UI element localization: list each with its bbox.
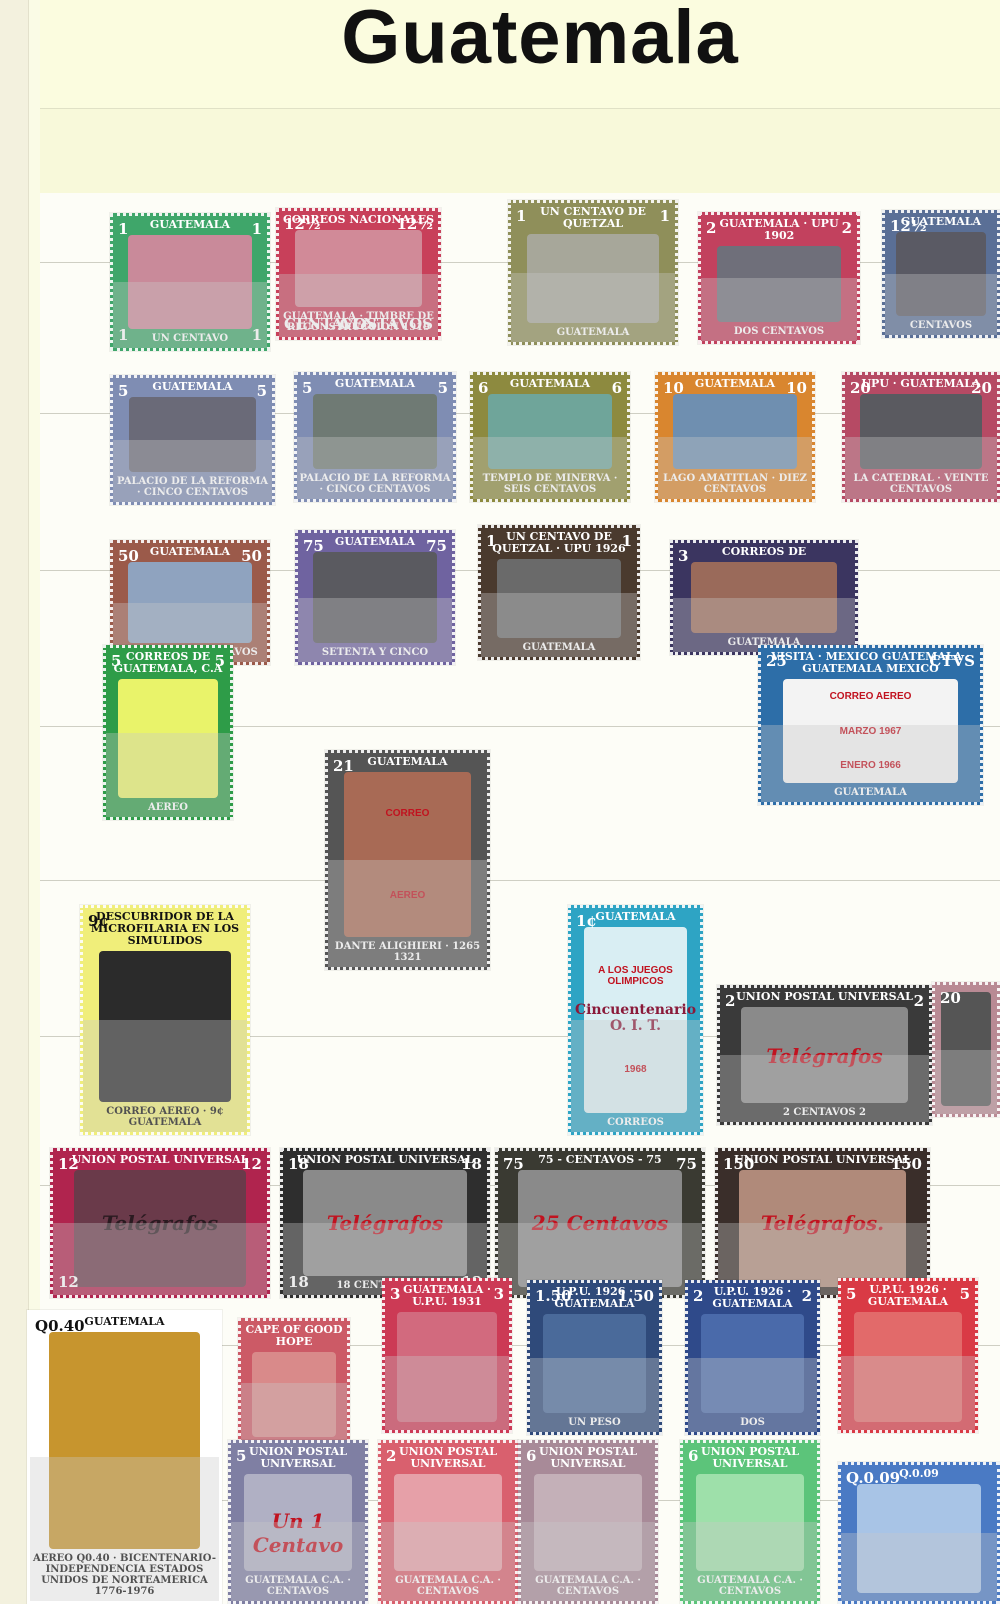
stamp-denomination: 10 — [663, 379, 684, 397]
stamp-denomination: 10 — [786, 379, 807, 397]
stamp-denomination: 20 — [971, 379, 992, 397]
glassine-strip-glare — [935, 1050, 997, 1115]
stamp-s8: GUATEMALATEMPLO DE MINERVA · SEIS CENTAV… — [470, 372, 630, 502]
stamp-s7: GUATEMALAPALACIO DE LA REFORMA · CINCO C… — [294, 372, 456, 502]
stamp-top-text: UN CENTAVO DE QUETZAL — [511, 203, 675, 230]
stamp-top-text — [964, 985, 968, 988]
stamp-top-text: UPU · GUATEMALA — [859, 375, 982, 390]
stamp-top-text: Q.0.09 — [897, 1465, 941, 1480]
stamp-top-text: GUATEMALA — [333, 533, 417, 548]
stamp-top-text: UNION POSTAL UNIVERSAL — [295, 1151, 476, 1166]
glassine-strip-glare — [297, 437, 453, 499]
page-title: Guatemala — [40, 0, 1000, 81]
stamp-top-text: U.P.U. 1926 · GUATEMALA — [688, 1283, 817, 1310]
stamp-denomination: 2 — [802, 1287, 812, 1305]
stamp-denomination: 12½ — [284, 215, 321, 233]
stamp-s19: GUATEMALAA LOS JUEGOS OLIMPICOS1968CORRE… — [568, 905, 703, 1135]
stamp-denomination: 9¢ — [88, 912, 109, 930]
stamp-denomination: 5 — [302, 379, 312, 397]
glassine-strip-glare — [701, 278, 857, 341]
glassine-strip-glare — [106, 733, 230, 818]
stamp-denomination: 12½ — [396, 215, 433, 233]
stamp-subtext: A LOS JUEGOS OLIMPICOS — [584, 965, 687, 987]
stamp-top-text: UNION POSTAL UNIVERSAL — [70, 1151, 251, 1166]
stockbook-strip — [40, 880, 1000, 881]
stamp-s16: VISITA · MEXICO GUATEMALA · GUATEMALA ME… — [758, 645, 983, 805]
stamp-denomination: 5 — [960, 1285, 970, 1303]
stamp-s14: CORREOS DEGUATEMALA3 — [670, 540, 858, 655]
stamp-top-text: GUATEMALA — [333, 375, 417, 390]
stamp-s15: CORREOS DE GUATEMALA, C.AAEREO55 — [103, 645, 233, 820]
glassine-strip-glare — [841, 1533, 997, 1601]
glassine-strip-glare — [279, 274, 438, 337]
stamp-denomination: 5 — [846, 1285, 856, 1303]
stamp-denomination: 5 — [215, 652, 225, 670]
stamp-denomination: 50 — [241, 547, 262, 565]
stamp-s34: UNION POSTAL UNIVERSALGUATEMALA C.A. · C… — [518, 1440, 658, 1604]
stamp-s25: UNION POSTAL UNIVERSAL150150Telégrafos. — [715, 1148, 930, 1298]
stamp-denomination: 5 — [438, 379, 448, 397]
stamp-denomination: 1¢ — [576, 912, 597, 930]
glassine-strip-glare — [511, 273, 675, 343]
glassine-strip-glare — [231, 1522, 365, 1601]
glassine-strip-glare — [841, 1356, 975, 1431]
stamp-s12: GUATEMALASETENTA Y CINCO7575 — [295, 530, 455, 665]
stamp-denomination: 75 — [503, 1155, 524, 1173]
stamp-top-text: 75 - CENTAVOS - 75 — [536, 1151, 663, 1166]
page-header: Guatemala — [40, 0, 1000, 108]
stamp-s27: CAPE OF GOOD HOPE — [238, 1318, 350, 1448]
stamp-denomination: 1 — [486, 532, 496, 550]
stamp-top-text: GUATEMALA · UPU 1902 — [701, 215, 857, 242]
stamp-s9: GUATEMALALAGO AMATITLAN · DIEZ CENTAVOS1… — [655, 372, 815, 502]
stamp-top-text: U.P.U. 1926 · GUATEMALA — [841, 1281, 975, 1308]
stamp-s20: UNION POSTAL UNIVERSAL2 CENTAVOS 222Telé… — [717, 985, 932, 1125]
stamp-denomination: 2 — [725, 992, 735, 1010]
stamp-top-text: UNION POSTAL UNIVERSAL — [231, 1443, 365, 1470]
stamp-denomination: 1.50 — [617, 1287, 654, 1305]
stamp-subtext: CORREO — [386, 808, 430, 819]
stamp-s33: UNION POSTAL UNIVERSALGUATEMALA C.A. · C… — [378, 1440, 518, 1604]
glassine-strip-glare — [688, 1358, 817, 1433]
glassine-strip-glare — [381, 1522, 515, 1601]
album-binding-edge — [0, 0, 29, 1604]
stamp-denomination: 1 — [516, 207, 526, 225]
stamp-s32: UNION POSTAL UNIVERSALGUATEMALA C.A. · C… — [228, 1440, 368, 1604]
stamp-top-text: GUATEMALA — [508, 375, 592, 390]
stamp-s18: DESCUBRIDOR DE LA MICROFILARIA EN LOS SI… — [80, 905, 250, 1135]
stamp-denomination: Q0.40 — [35, 1317, 85, 1335]
glassine-strip-glare — [521, 1522, 655, 1601]
stamp-top-text: GUATEMALA — [150, 378, 234, 393]
stamp-denomination: 2 — [914, 992, 924, 1010]
stamp-denomination: 1 — [118, 220, 128, 238]
stamp-denomination: 12 — [58, 1155, 79, 1173]
stamp-top-text: GUATEMALA — [82, 1313, 166, 1328]
stamp-denomination: 75 — [303, 537, 324, 555]
stamp-denomination: 3 — [390, 1285, 400, 1303]
stamp-denomination: 2 — [706, 219, 716, 237]
stamp-denomination: 1 — [252, 220, 262, 238]
stamp-top-text: UNION POSTAL UNIVERSAL — [521, 1443, 655, 1470]
stamp-top-text: GUATEMALA — [693, 375, 777, 390]
glassine-strip-glare — [473, 437, 627, 499]
stamp-s17: GUATEMALACORREOAEREODANTE ALIGHIERI · 12… — [325, 750, 490, 970]
glassine-strip-glare — [53, 1223, 267, 1295]
stamp-s36: Q.0.09Q.0.09 — [838, 1462, 1000, 1604]
stamp-s24: 75 - CENTAVOS - 75757525 Centavos — [495, 1148, 705, 1298]
stamp-denomination: 2 — [386, 1447, 396, 1465]
stamp-top-text: GUATEMALA — [148, 543, 232, 558]
glassine-strip-glare — [683, 1522, 817, 1601]
stamp-denomination: 5 — [236, 1447, 246, 1465]
stamp-s21: 20 — [932, 982, 1000, 1117]
stamp-denomination: 6 — [688, 1447, 698, 1465]
stamp-top-text: GUATEMALA · U.P.U. 1931 — [385, 1281, 509, 1308]
stamp-top-text: CAPE OF GOOD HOPE — [241, 1321, 347, 1348]
stamp-top-text: CORREOS DE GUATEMALA, C.A — [106, 648, 230, 675]
stamp-s1: GUATEMALAUN CENTAVO1111 — [110, 213, 270, 351]
glassine-strip-glare — [845, 437, 997, 499]
stamp-denomination: 150 — [891, 1155, 922, 1173]
stamp-denomination: 20 — [940, 989, 961, 1007]
stamp-denomination: 18 — [288, 1155, 309, 1173]
stamp-denomination: 6 — [478, 379, 488, 397]
glassine-strip-glare — [761, 725, 980, 802]
stamp-denomination: 1 — [660, 207, 670, 225]
stamp-denomination: CTVS — [929, 652, 975, 670]
stamp-denomination: 5 — [111, 652, 121, 670]
stamp-denomination: 50 — [118, 547, 139, 565]
stamp-denomination: 150 — [723, 1155, 754, 1173]
stamp-s31: U.P.U. 1926 · GUATEMALA55 — [838, 1278, 978, 1433]
header-strip — [40, 108, 1000, 194]
stamp-denomination: 75 — [426, 537, 447, 555]
stamp-s5: GUATEMALACENTAVOS12½ — [882, 210, 1000, 338]
stamp-denomination: 2 — [842, 219, 852, 237]
stamp-top-text: GUATEMALA — [148, 216, 232, 231]
stamp-s35: UNION POSTAL UNIVERSALGUATEMALA C.A. · C… — [680, 1440, 820, 1604]
stamp-denomination: 5 — [257, 382, 267, 400]
stamp-s10: UPU · GUATEMALALA CATEDRAL · VEINTE CENT… — [842, 372, 1000, 502]
stamp-top-text: UNION POSTAL UNIVERSAL — [683, 1443, 817, 1470]
stamp-s3: UN CENTAVO DE QUETZALGUATEMALA11 — [508, 200, 678, 345]
stamp-denomination: 3 — [678, 547, 688, 565]
stamp-denomination: 1 — [622, 532, 632, 550]
glassine-strip-glare — [720, 1055, 929, 1122]
stamp-denomination: 2 — [693, 1287, 703, 1305]
stamp-s23: UNION POSTAL UNIVERSAL18 CENTAVOS 181818… — [280, 1148, 490, 1298]
stamp-denomination: 6 — [612, 379, 622, 397]
stamp-top-text: UNION POSTAL UNIVERSAL — [381, 1443, 515, 1470]
stamp-denomination: 12½ — [890, 217, 927, 235]
stamp-s4: GUATEMALA · UPU 1902DOS CENTAVOS22 — [698, 212, 860, 344]
stamp-s13: UN CENTAVO DE QUETZAL · UPU 1926GUATEMAL… — [478, 525, 640, 660]
stamp-denomination: 1.50 — [535, 1287, 572, 1305]
stamp-s29: U.P.U. 1926 · GUATEMALAUN PESO1.501.50 — [527, 1280, 662, 1435]
stamp-denomination: 75 — [676, 1155, 697, 1173]
glassine-strip-glare — [30, 1457, 219, 1601]
glassine-strip-glare — [83, 1020, 247, 1132]
stamp-top-text: UNION POSTAL UNIVERSAL — [732, 1151, 913, 1166]
glassine-strip-glare — [241, 1383, 347, 1445]
glassine-strip-glare — [113, 282, 267, 348]
glassine-strip-glare — [113, 440, 272, 502]
stamp-top-text: GUATEMALA — [593, 908, 677, 923]
glassine-strip-glare — [885, 274, 997, 335]
glassine-strip-glare — [530, 1358, 659, 1433]
stamp-denomination: 20 — [850, 379, 871, 397]
glassine-strip-glare — [658, 437, 812, 499]
stamp-s28: GUATEMALA · U.P.U. 193133 — [382, 1278, 512, 1433]
stamp-denomination: 12 — [241, 1155, 262, 1173]
glassine-strip-glare — [673, 598, 855, 653]
glassine-strip-glare — [481, 593, 637, 658]
stamp-denomination: 5 — [118, 382, 128, 400]
stamp-top-text: UNION POSTAL UNIVERSAL — [734, 988, 915, 1003]
stamp-subtext: CORREO AEREO — [830, 691, 912, 702]
stamp-top-text: GUATEMALA — [365, 753, 449, 768]
stamp-s30: U.P.U. 1926 · GUATEMALADOS22 — [685, 1280, 820, 1435]
stamp-s2: CORREOS NACIONALESGUATEMALA · TIMBRE DE … — [276, 208, 441, 340]
stamp-s22: UNION POSTAL UNIVERSAL121212Telégrafos — [50, 1148, 270, 1298]
stamp-denomination: 21 — [333, 757, 354, 775]
stamp-top-text: UN CENTAVO DE QUETZAL · UPU 1926 — [481, 528, 637, 555]
glassine-strip-glare — [385, 1356, 509, 1431]
stamp-denomination: 3 — [494, 1285, 504, 1303]
stamp-s26: GUATEMALAAEREO Q0.40 · BICENTENARIO-INDE… — [27, 1310, 222, 1604]
stamp-denomination: Q.0.09 — [846, 1469, 900, 1487]
stamp-denomination: 6 — [526, 1447, 536, 1465]
stamp-top-text: CORREOS DE — [720, 543, 808, 558]
stamp-s6: GUATEMALAPALACIO DE LA REFORMA · CINCO C… — [110, 375, 275, 505]
stamp-denomination: 25 — [766, 652, 787, 670]
glassine-strip-glare — [298, 598, 452, 663]
stamp-denomination: 18 — [461, 1155, 482, 1173]
glassine-strip-glare — [328, 860, 487, 967]
glassine-strip-glare — [571, 1020, 700, 1132]
